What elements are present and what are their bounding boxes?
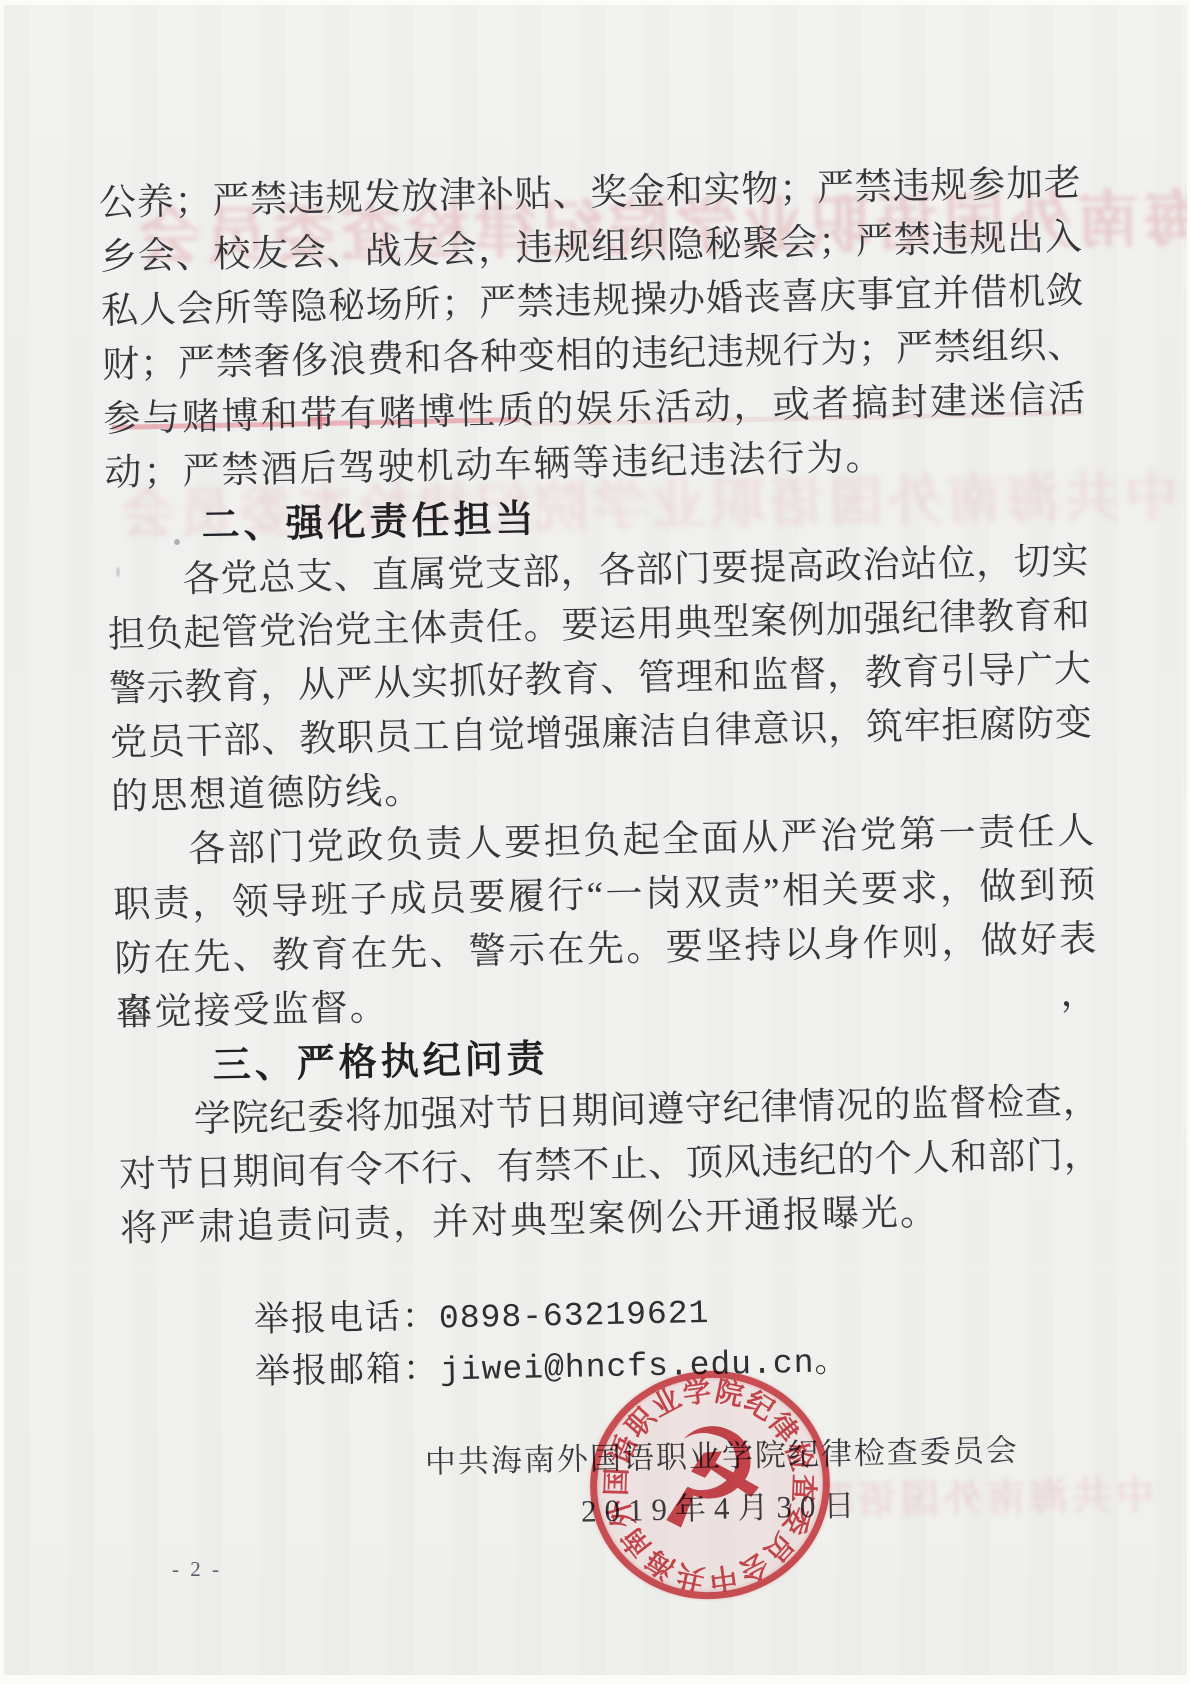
report-phone-line: 举报电话：0898-63219621 (253, 1283, 709, 1342)
seal-ring-char: 国 (602, 1465, 635, 1498)
hammer-and-sickle-icon: ☭ (641, 1405, 777, 1552)
report-phone-label: 举报电话： (254, 1296, 440, 1339)
body-text: 公养；严禁违规发放津补贴、奖金和实物；严禁违规参加老乡会、校友会、战友会，违规组… (98, 157, 1102, 1257)
stamp-seal: ☭ 中共海南外国语职业学院纪律检查委员会 (575, 1355, 844, 1614)
report-phone-value: 0898-63219621 (439, 1295, 710, 1338)
scanned-page: 中共海南外国语职业学院纪律检查委员会 中共海南外国语职业学院纪律检查委员会 中共… (4, 5, 1187, 1675)
page-number: - 2 - (172, 1557, 222, 1582)
document-body: 公养；严禁违规发放津补贴、奖金和实物；严禁违规参加老乡会、校友会、战友会，违规组… (98, 157, 1109, 1597)
report-email-label: 举报邮箱： (255, 1348, 441, 1391)
